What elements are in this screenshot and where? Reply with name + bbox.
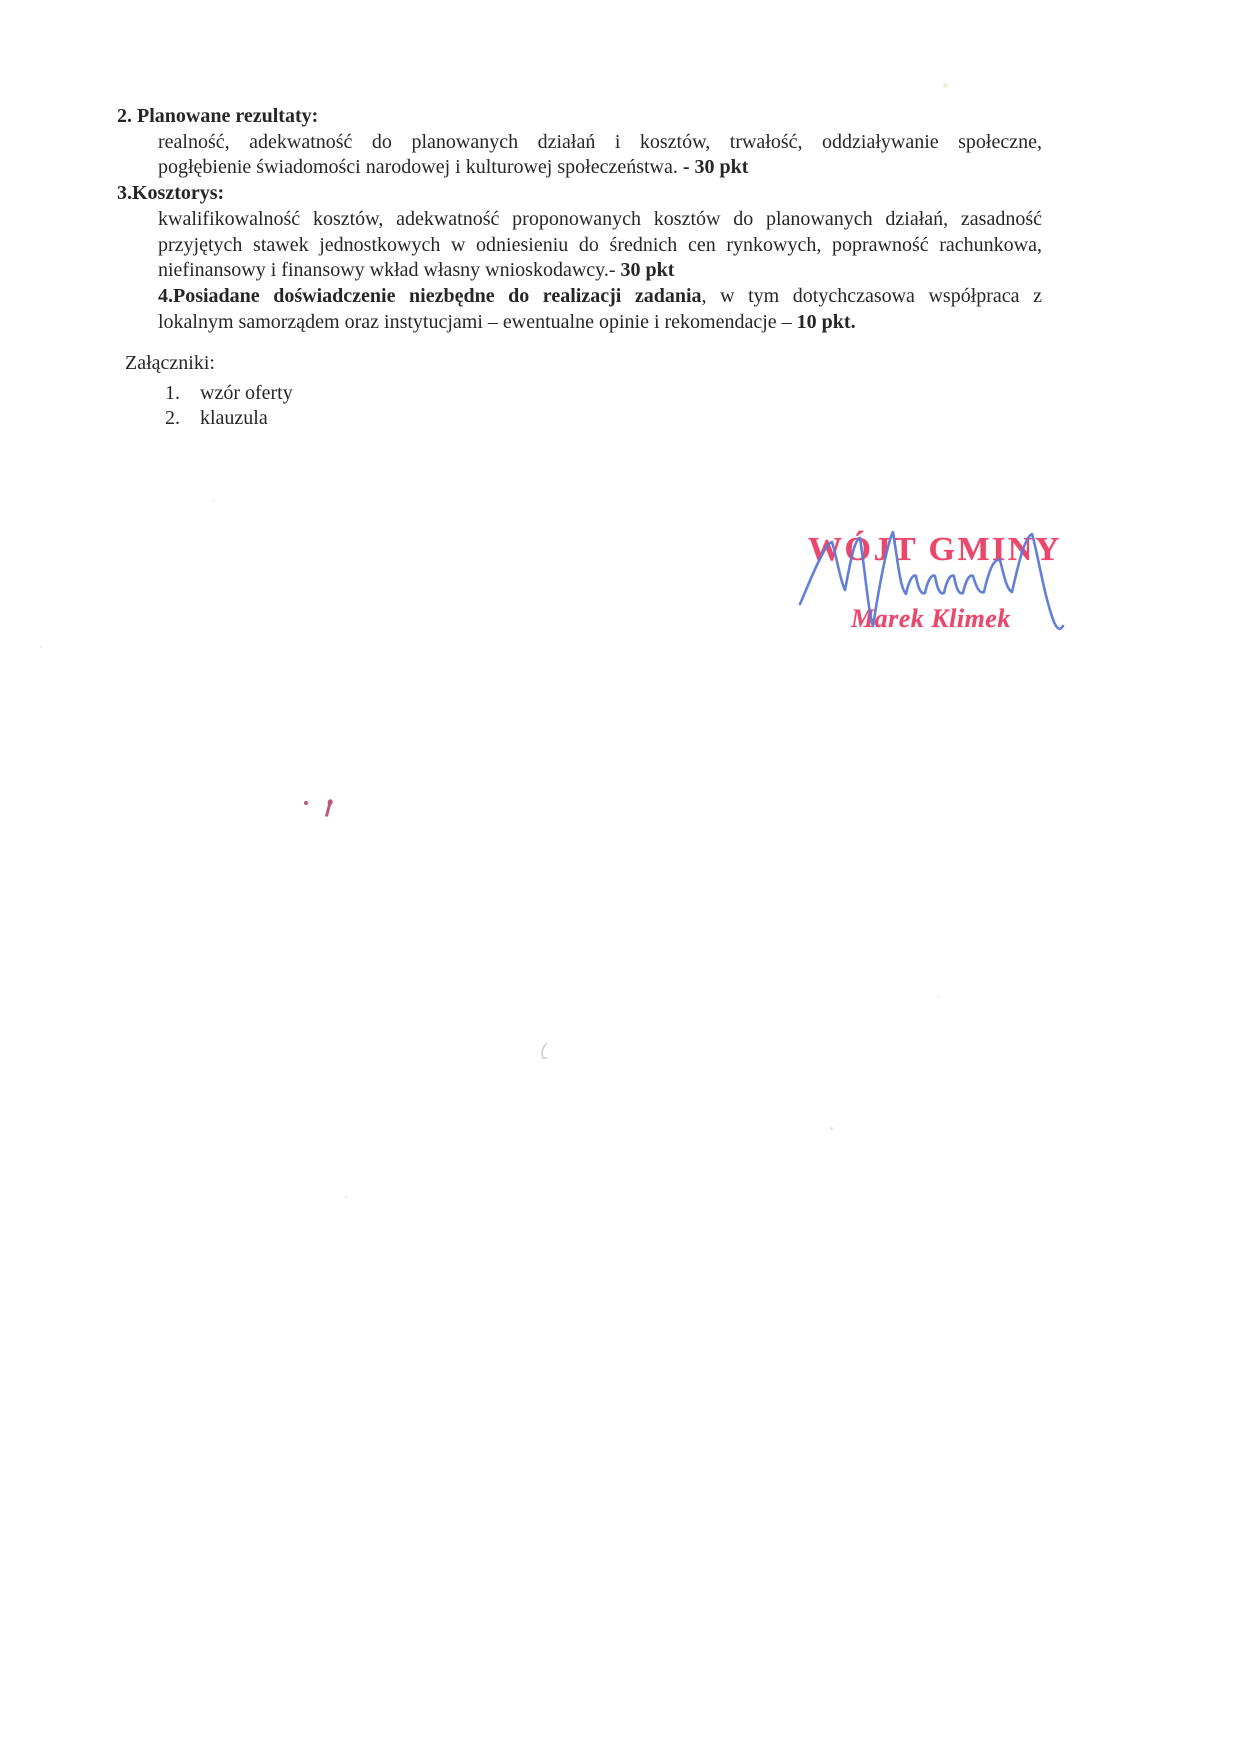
evaluation-criteria-section: 2. Planowane rezultaty: realność, adekwa… bbox=[117, 104, 1042, 335]
attachment-item: 2. klauzula bbox=[125, 406, 625, 432]
criterion-2-points: - 30 pkt bbox=[683, 156, 749, 178]
pencil-mark-artifact bbox=[538, 1042, 550, 1060]
yellow-speck-artifact bbox=[943, 83, 948, 88]
attachment-label: klauzula bbox=[200, 406, 268, 432]
criterion-3-heading: 3.Kosztorys: bbox=[117, 181, 1042, 207]
criterion-2-line2-text: pogłębienie świadomości narodowej i kult… bbox=[158, 156, 683, 178]
attachment-number: 1. bbox=[165, 381, 200, 407]
criterion-4-line1: 4.Posiadane doświadczenie niezbędne do r… bbox=[117, 284, 1042, 310]
scan-speck bbox=[212, 500, 214, 502]
criterion-3-line3-text: niefinansowy i finansowy wkład własny wn… bbox=[158, 259, 621, 281]
criterion-4-heading: 4.Posiadane doświadczenie niezbędne do r… bbox=[158, 285, 702, 307]
criterion-2-line1: realność, adekwatność do planowanych dzi… bbox=[117, 130, 1042, 156]
criterion-3-line3: niefinansowy i finansowy wkład własny wn… bbox=[117, 258, 1042, 284]
criterion-3-line1: kwalifikowalność kosztów, adekwatność pr… bbox=[117, 207, 1042, 233]
criterion-3-points: 30 pkt bbox=[621, 259, 675, 281]
criterion-4-line1-text: , w tym dotychczasowa współpraca z bbox=[702, 285, 1042, 307]
attachment-item: 1. wzór oferty bbox=[125, 381, 625, 407]
signature-ink bbox=[792, 518, 1072, 633]
attachments-heading: Załączniki: bbox=[125, 351, 625, 377]
scan-speck bbox=[345, 1196, 347, 1198]
criterion-4-line2-text: lokalnym samorządem oraz instytucjami – … bbox=[158, 311, 797, 333]
red-ink-dot-artifact bbox=[304, 801, 308, 805]
criterion-2-heading: 2. Planowane rezultaty: bbox=[117, 104, 1042, 130]
attachment-label: wzór oferty bbox=[200, 381, 293, 407]
scan-speck bbox=[938, 996, 940, 998]
scan-speck bbox=[830, 1127, 833, 1130]
criterion-4-points: 10 pkt. bbox=[797, 311, 856, 333]
attachments-section: Załączniki: 1. wzór oferty 2. klauzula bbox=[125, 351, 625, 432]
scan-speck bbox=[40, 646, 42, 648]
criterion-3-line2: przyjętych stawek jednostkowych w odnies… bbox=[117, 233, 1042, 259]
criterion-2-line2: pogłębienie świadomości narodowej i kult… bbox=[117, 155, 1042, 181]
red-ink-stroke-artifact bbox=[325, 800, 332, 817]
criterion-4-line2: lokalnym samorządem oraz instytucjami – … bbox=[117, 310, 1042, 336]
attachment-number: 2. bbox=[165, 406, 200, 432]
document-page: 2. Planowane rezultaty: realność, adekwa… bbox=[0, 0, 1240, 1755]
attachments-list: 1. wzór oferty 2. klauzula bbox=[125, 381, 625, 432]
